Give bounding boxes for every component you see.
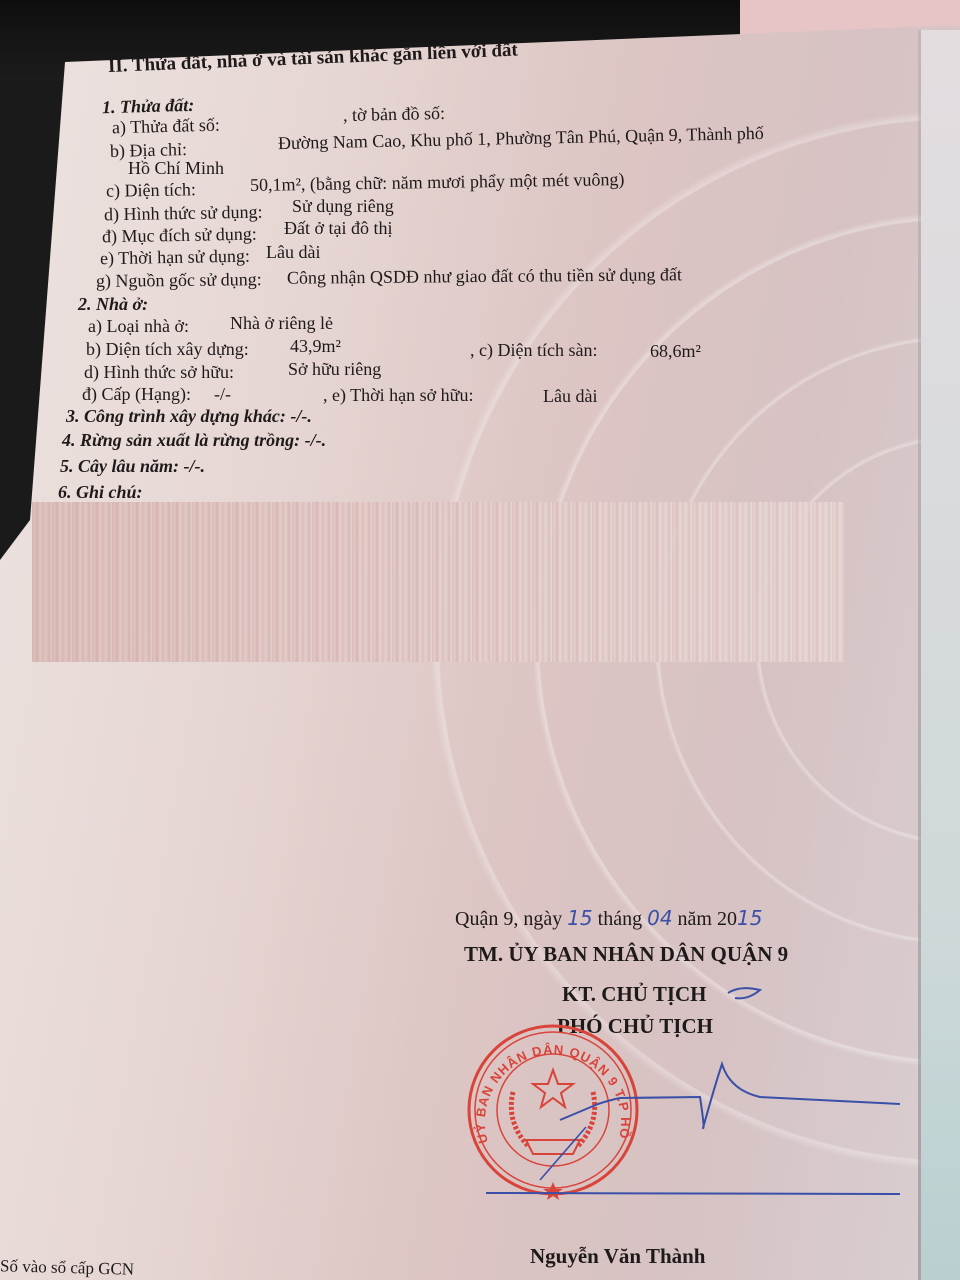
perennial-trees: 5. Cây lâu năm: -/-. bbox=[60, 456, 205, 477]
own-term-label: , e) Thời hạn sở hữu: bbox=[323, 385, 473, 406]
redacted-notes-region bbox=[32, 502, 844, 662]
grade-label: đ) Cấp (Hạng): bbox=[82, 384, 191, 405]
term-label: e) Thời hạn sử dụng: bbox=[100, 246, 250, 270]
signer-name: Nguyễn Văn Thành bbox=[530, 1244, 705, 1269]
floor-area-label: , c) Diện tích sàn: bbox=[470, 340, 597, 361]
next-page-strip bbox=[921, 30, 960, 1280]
official-stamp-icon: UỶ BAN NHÂN DÂN QUẬN 9 T.P HỒ CHÍ MINH bbox=[458, 1022, 648, 1202]
notes-label: 6. Ghi chú: bbox=[58, 482, 143, 503]
use-form-label: d) Hình thức sử dụng: bbox=[104, 202, 263, 226]
area-label: c) Diện tích: bbox=[106, 179, 196, 202]
place-date: Quận 9, ngày 15 tháng 04 năm 2015 bbox=[455, 906, 762, 931]
map-sheet-label: , tờ bản đồ số: bbox=[343, 103, 445, 126]
build-area-label: b) Diện tích xây dựng: bbox=[86, 339, 249, 360]
grade-value: -/- bbox=[214, 384, 231, 405]
floor-area-value: 68,6m² bbox=[650, 341, 701, 362]
year-handwritten: 15 bbox=[737, 906, 762, 930]
ownership-value: Sở hữu riêng bbox=[288, 359, 381, 380]
term-value: Lâu dài bbox=[266, 242, 320, 263]
other-construction: 3. Công trình xây dựng khác: -/-. bbox=[66, 406, 312, 427]
purpose-label: đ) Mục đích sử dụng: bbox=[102, 224, 257, 248]
address-value-line2: Hồ Chí Minh bbox=[128, 158, 224, 179]
issuing-org: TM. ỦY BAN NHÂN DÂN QUẬN 9 bbox=[464, 942, 788, 967]
origin-value: Công nhận QSDĐ như giao đất có thu tiền … bbox=[287, 264, 682, 288]
own-term-value: Lâu dài bbox=[543, 386, 597, 407]
purpose-value: Đất ở tại đô thị bbox=[284, 218, 393, 239]
use-form-value: Sử dụng riêng bbox=[292, 196, 394, 217]
year-label: năm 20 bbox=[678, 908, 737, 930]
house-type-label: a) Loại nhà ở: bbox=[88, 316, 189, 337]
page-fold bbox=[918, 30, 921, 1280]
origin-label: g) Nguồn gốc sử dụng: bbox=[96, 269, 262, 292]
month-handwritten: 04 bbox=[647, 906, 672, 930]
signer-role-1: KT. CHỦ TỊCH bbox=[562, 982, 707, 1007]
month-label: tháng bbox=[598, 908, 642, 930]
day-handwritten: 15 bbox=[567, 906, 592, 930]
build-area-value: 43,9m² bbox=[290, 336, 341, 357]
ownership-label: d) Hình thức sở hữu: bbox=[84, 362, 234, 383]
place-date-prefix: Quận 9, ngày bbox=[455, 908, 562, 930]
production-forest: 4. Rừng sản xuất là rừng trồng: -/-. bbox=[62, 430, 326, 451]
house-type-value: Nhà ở riêng lẻ bbox=[230, 313, 333, 334]
house-section-title: 2. Nhà ở: bbox=[78, 294, 148, 315]
registry-number-label: Số vào sổ cấp GCN bbox=[0, 1256, 134, 1280]
parcel-label: a) Thửa đất số: bbox=[112, 115, 220, 139]
